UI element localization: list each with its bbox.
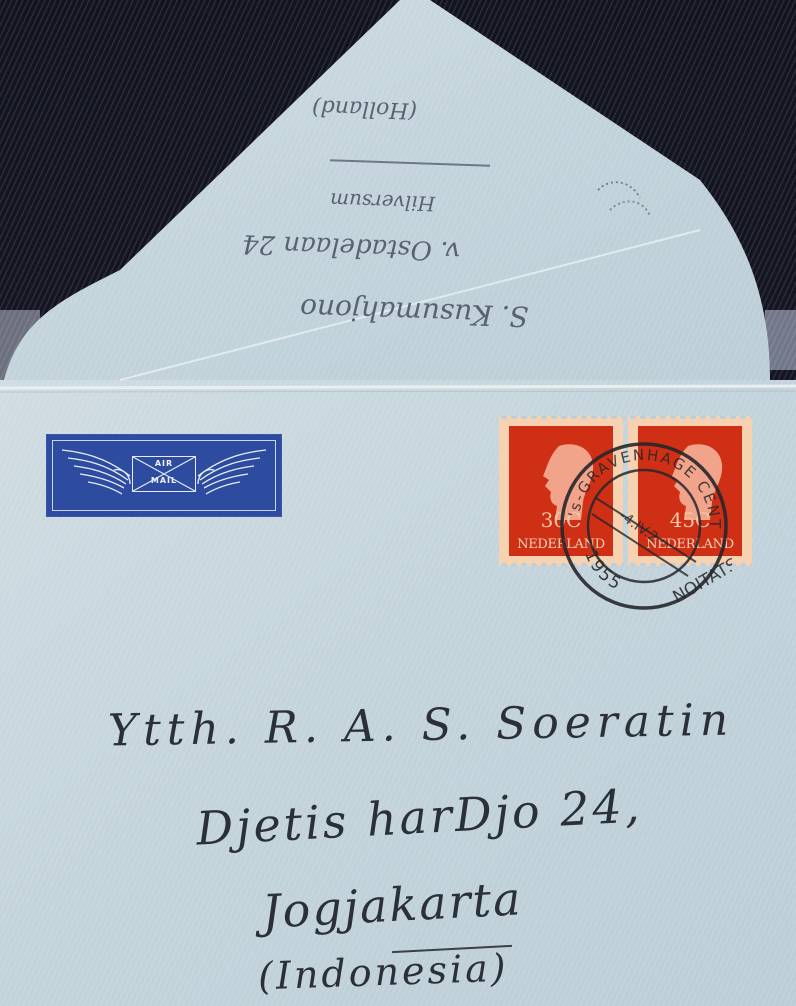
airmail-air-text: AIR: [133, 459, 195, 468]
sender-country: (Holland): [312, 94, 418, 123]
envelope-icon: AIR MAIL: [132, 456, 196, 492]
postmark: 's-GRAVENHAGE CENTRAAL -4.IV.2 1955 NOIT…: [556, 438, 732, 614]
sender-city: Hilversum: [330, 188, 436, 216]
postmark-year: 1955: [580, 547, 626, 595]
left-wing-icon: [60, 446, 132, 498]
postmark-bottom-text: NOITATS: [670, 554, 733, 607]
recipient-name: Ytth. R. A. S. Soeratin: [108, 695, 735, 757]
airmail-label: AIR MAIL: [46, 434, 282, 517]
recipient-country: (Indonesia): [257, 946, 509, 999]
airmail-mail-text: MAIL: [133, 476, 195, 485]
right-wing-icon: [196, 446, 268, 498]
svg-text:1955: 1955: [580, 547, 626, 595]
postmark-date: -4.IV.2: [616, 508, 661, 546]
